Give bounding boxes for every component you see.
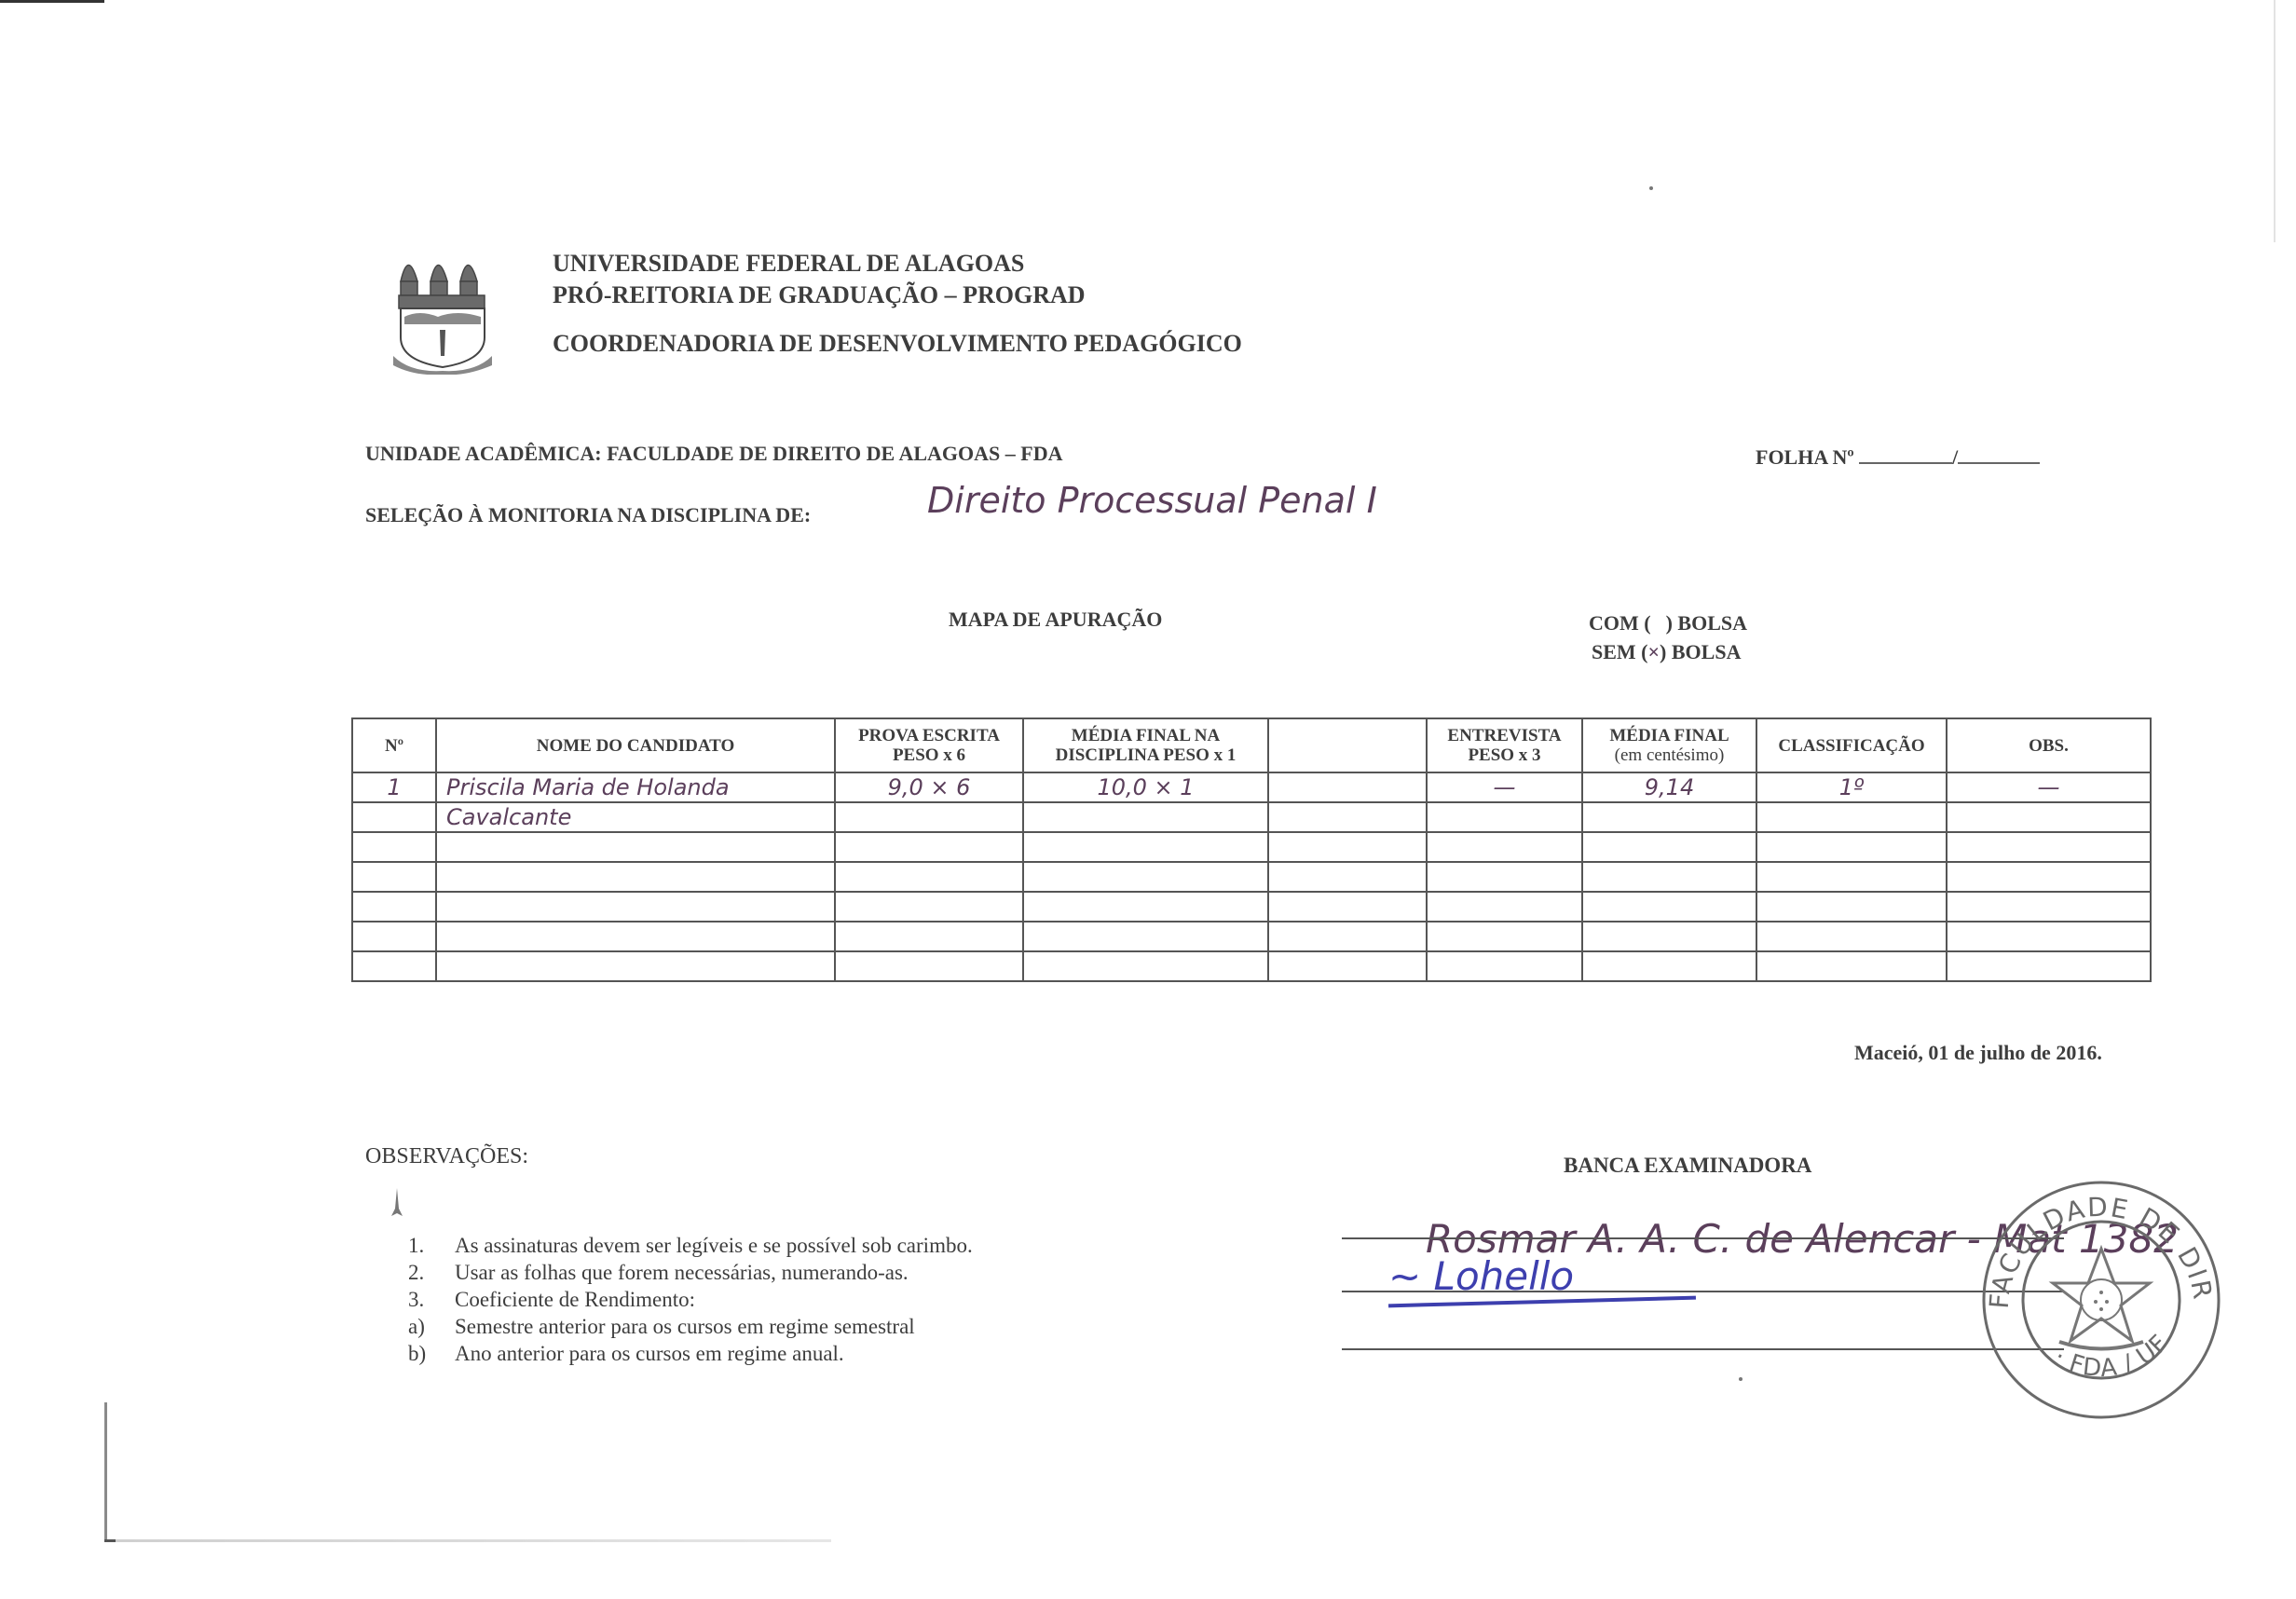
column-header: OBS. <box>1947 718 2151 772</box>
observation-text: As assinaturas devem ser legíveis e se p… <box>455 1232 973 1259</box>
table-cell[interactable] <box>436 892 835 922</box>
table-cell[interactable] <box>436 951 835 981</box>
svg-text:FACULDADE DE DIREITO DE ALAGOA: FACULDADE DE DIREITO DE ALAGOAS <box>1980 1179 2219 1310</box>
table-cell[interactable] <box>1756 892 1947 922</box>
table-cell[interactable] <box>1268 832 1427 862</box>
scan-edge-left <box>104 1402 107 1542</box>
table-cell[interactable] <box>1756 802 1947 832</box>
observation-item: b)Ano anterior para os cursos em regime … <box>408 1340 973 1367</box>
table-cell[interactable] <box>352 922 436 951</box>
observation-text: Usar as folhas que forem necessárias, nu… <box>455 1259 909 1286</box>
table-row: Cavalcante <box>352 802 2151 832</box>
observations-list: 1.As assinaturas devem ser legíveis e se… <box>408 1232 973 1367</box>
column-header: MÉDIA FINAL NADISCIPLINA PESO x 1 <box>1023 718 1268 772</box>
table-cell[interactable] <box>352 802 436 832</box>
column-header: NOME DO CANDIDATO <box>436 718 835 772</box>
observation-text: Ano anterior para os cursos em regime an… <box>455 1340 844 1367</box>
folha-number-field[interactable] <box>1859 445 1952 464</box>
table-cell[interactable] <box>1947 802 2151 832</box>
observation-marker: a) <box>408 1313 455 1340</box>
discipline-label: SELEÇÃO À MONITORIA NA DISCIPLINA DE: <box>365 503 811 527</box>
office-name: PRÓ-REITORIA DE GRADUAÇÃO – PROGRAD <box>553 281 1086 309</box>
column-header: MÉDIA FINAL(em centésimo) <box>1582 718 1756 772</box>
table-cell[interactable] <box>1268 772 1427 802</box>
table-cell[interactable]: Cavalcante <box>436 802 835 832</box>
table-cell[interactable] <box>1023 951 1268 981</box>
column-header: CLASSIFICAÇÃO <box>1756 718 1947 772</box>
table-cell[interactable] <box>1947 832 2151 862</box>
table-cell[interactable] <box>1427 862 1582 892</box>
column-header-label: MÉDIA FINAL NA <box>1072 726 1220 745</box>
observation-item: 1.As assinaturas devem ser legíveis e se… <box>408 1232 973 1259</box>
table-cell[interactable] <box>835 862 1023 892</box>
column-header-sub: PESO x 3 <box>1468 745 1540 765</box>
observation-marker: 3. <box>408 1286 455 1313</box>
table-cell[interactable] <box>1427 951 1582 981</box>
table-cell[interactable] <box>1756 832 1947 862</box>
table-cell[interactable] <box>1427 922 1582 951</box>
table-cell[interactable] <box>835 922 1023 951</box>
bolsa-checkbox-sem[interactable]: × <box>1648 640 1660 663</box>
table-row <box>352 951 2151 981</box>
results-table: NºNOME DO CANDIDATOPROVA ESCRITAPESO x 6… <box>351 717 2152 982</box>
table-cell[interactable]: 1 <box>352 772 436 802</box>
observation-marker: 1. <box>408 1232 455 1259</box>
table-cell[interactable]: — <box>1947 772 2151 802</box>
table-cell[interactable] <box>1023 892 1268 922</box>
torch-icon <box>391 1188 403 1223</box>
table-cell[interactable] <box>1947 892 2151 922</box>
scan-edge-bottom <box>104 1539 831 1542</box>
scan-edge-top <box>0 0 104 3</box>
table-cell[interactable]: 9,0 × 6 <box>835 772 1023 802</box>
observation-marker: 2. <box>408 1259 455 1286</box>
table-cell[interactable] <box>436 922 835 951</box>
bolsa-option-com[interactable]: COM ( ) BOLSA <box>1589 611 1747 635</box>
column-header <box>1268 718 1427 772</box>
table-cell[interactable] <box>1427 832 1582 862</box>
table-cell[interactable] <box>1268 892 1427 922</box>
table-cell[interactable] <box>1756 951 1947 981</box>
column-header: ENTREVISTAPESO x 3 <box>1427 718 1582 772</box>
column-header-label: PROVA ESCRITA <box>858 726 1000 745</box>
scan-speck <box>1649 186 1653 190</box>
table-cell[interactable] <box>1582 802 1756 832</box>
column-header-label: ENTREVISTA <box>1447 726 1561 745</box>
table-cell[interactable] <box>436 832 835 862</box>
table-cell[interactable] <box>1582 951 1756 981</box>
faculty-seal-stamp: FACULDADE DE DIREITO DE ALAGOAS · FDA / … <box>1980 1179 2222 1421</box>
department-name: COORDENADORIA DE DESENVOLVIMENTO PEDAGÓG… <box>553 330 1242 358</box>
coat-of-arms-icon <box>2053 1249 2150 1349</box>
observation-text: Semestre anterior para os cursos em regi… <box>455 1313 915 1340</box>
table-cell[interactable] <box>1582 892 1756 922</box>
table-cell[interactable] <box>1268 802 1427 832</box>
table-cell[interactable] <box>352 832 436 862</box>
bolsa-option-sem[interactable]: SEM (×) BOLSA <box>1592 640 1741 664</box>
table-cell[interactable] <box>1582 862 1756 892</box>
observation-text: Coeficiente de Rendimento: <box>455 1286 695 1313</box>
folha-total-field[interactable] <box>1958 445 2040 464</box>
table-cell[interactable] <box>352 862 436 892</box>
scan-speck <box>1739 1377 1742 1381</box>
table-header-row: NºNOME DO CANDIDATOPROVA ESCRITAPESO x 6… <box>352 718 2151 772</box>
table-row <box>352 892 2151 922</box>
banca-title: BANCA EXAMINADORA <box>1564 1154 1811 1178</box>
column-header: Nº <box>352 718 436 772</box>
folha-label: FOLHA Nº <box>1756 445 1854 469</box>
table-cell[interactable]: 9,14 <box>1582 772 1756 802</box>
folha-field: FOLHA Nº / <box>1756 445 2040 470</box>
map-title: MAPA DE APURAÇÃO <box>949 608 1162 632</box>
signature-line-1 <box>1342 1237 2064 1239</box>
table-cell[interactable] <box>1947 922 2151 951</box>
table-cell[interactable] <box>1023 922 1268 951</box>
table-cell[interactable]: Priscila Maria de Holanda <box>436 772 835 802</box>
table-cell[interactable] <box>1947 951 2151 981</box>
table-cell[interactable] <box>835 892 1023 922</box>
table-cell[interactable] <box>436 862 835 892</box>
table-row <box>352 862 2151 892</box>
observations-title: OBSERVAÇÕES: <box>365 1144 528 1169</box>
table-row: 1Priscila Maria de Holanda9,0 × 610,0 × … <box>352 772 2151 802</box>
table-cell[interactable] <box>835 951 1023 981</box>
observation-item: a)Semestre anterior para os cursos em re… <box>408 1313 973 1340</box>
table-cell[interactable] <box>352 892 436 922</box>
table-cell[interactable] <box>1756 922 1947 951</box>
discipline-value[interactable]: Direito Processual Penal I <box>927 480 1377 521</box>
date-line: Maceió, 01 de julho de 2016. <box>1854 1041 2102 1065</box>
column-header-sub: (em centésimo) <box>1615 745 1725 765</box>
table-row <box>352 832 2151 862</box>
signature-line-3 <box>1342 1348 2064 1350</box>
column-header-label: MÉDIA FINAL <box>1609 726 1729 745</box>
column-header-sub: DISCIPLINA PESO x 1 <box>1056 745 1237 765</box>
table-cell[interactable] <box>1268 862 1427 892</box>
observation-item: 2.Usar as folhas que forem necessárias, … <box>408 1259 973 1286</box>
table-cell[interactable]: — <box>1427 772 1582 802</box>
academic-unit-label: UNIDADE ACADÊMICA: FACULDADE DE DIREITO … <box>365 442 1062 466</box>
column-header-sub: PESO x 6 <box>893 745 965 765</box>
observation-item: 3.Coeficiente de Rendimento: <box>408 1286 973 1313</box>
table-cell[interactable] <box>1023 832 1268 862</box>
table-cell[interactable] <box>352 951 436 981</box>
signature-line-2 <box>1342 1291 2064 1292</box>
university-crest-icon <box>391 244 499 375</box>
table-cell[interactable] <box>1947 862 2151 892</box>
table-cell[interactable] <box>1756 862 1947 892</box>
table-cell[interactable] <box>1268 922 1427 951</box>
column-header: PROVA ESCRITAPESO x 6 <box>835 718 1023 772</box>
table-cell[interactable] <box>1582 922 1756 951</box>
table-cell[interactable]: 1º <box>1756 772 1947 802</box>
table-cell[interactable] <box>1582 832 1756 862</box>
table-cell[interactable] <box>1023 802 1268 832</box>
stamp-text-top: FACULDADE DE DIREITO DE ALAGOAS <box>1980 1179 2219 1310</box>
table-cell[interactable] <box>1023 862 1268 892</box>
table-cell[interactable]: 10,0 × 1 <box>1023 772 1268 802</box>
table-cell[interactable] <box>1427 892 1582 922</box>
table-cell[interactable] <box>835 802 1023 832</box>
table-cell[interactable] <box>1268 951 1427 981</box>
scan-edge-right <box>2274 0 2275 242</box>
observation-marker: b) <box>408 1340 455 1367</box>
table-cell[interactable] <box>835 832 1023 862</box>
institution-name: UNIVERSIDADE FEDERAL DE ALAGOAS <box>553 250 1024 278</box>
table-cell[interactable] <box>1427 802 1582 832</box>
table-row <box>352 922 2151 951</box>
